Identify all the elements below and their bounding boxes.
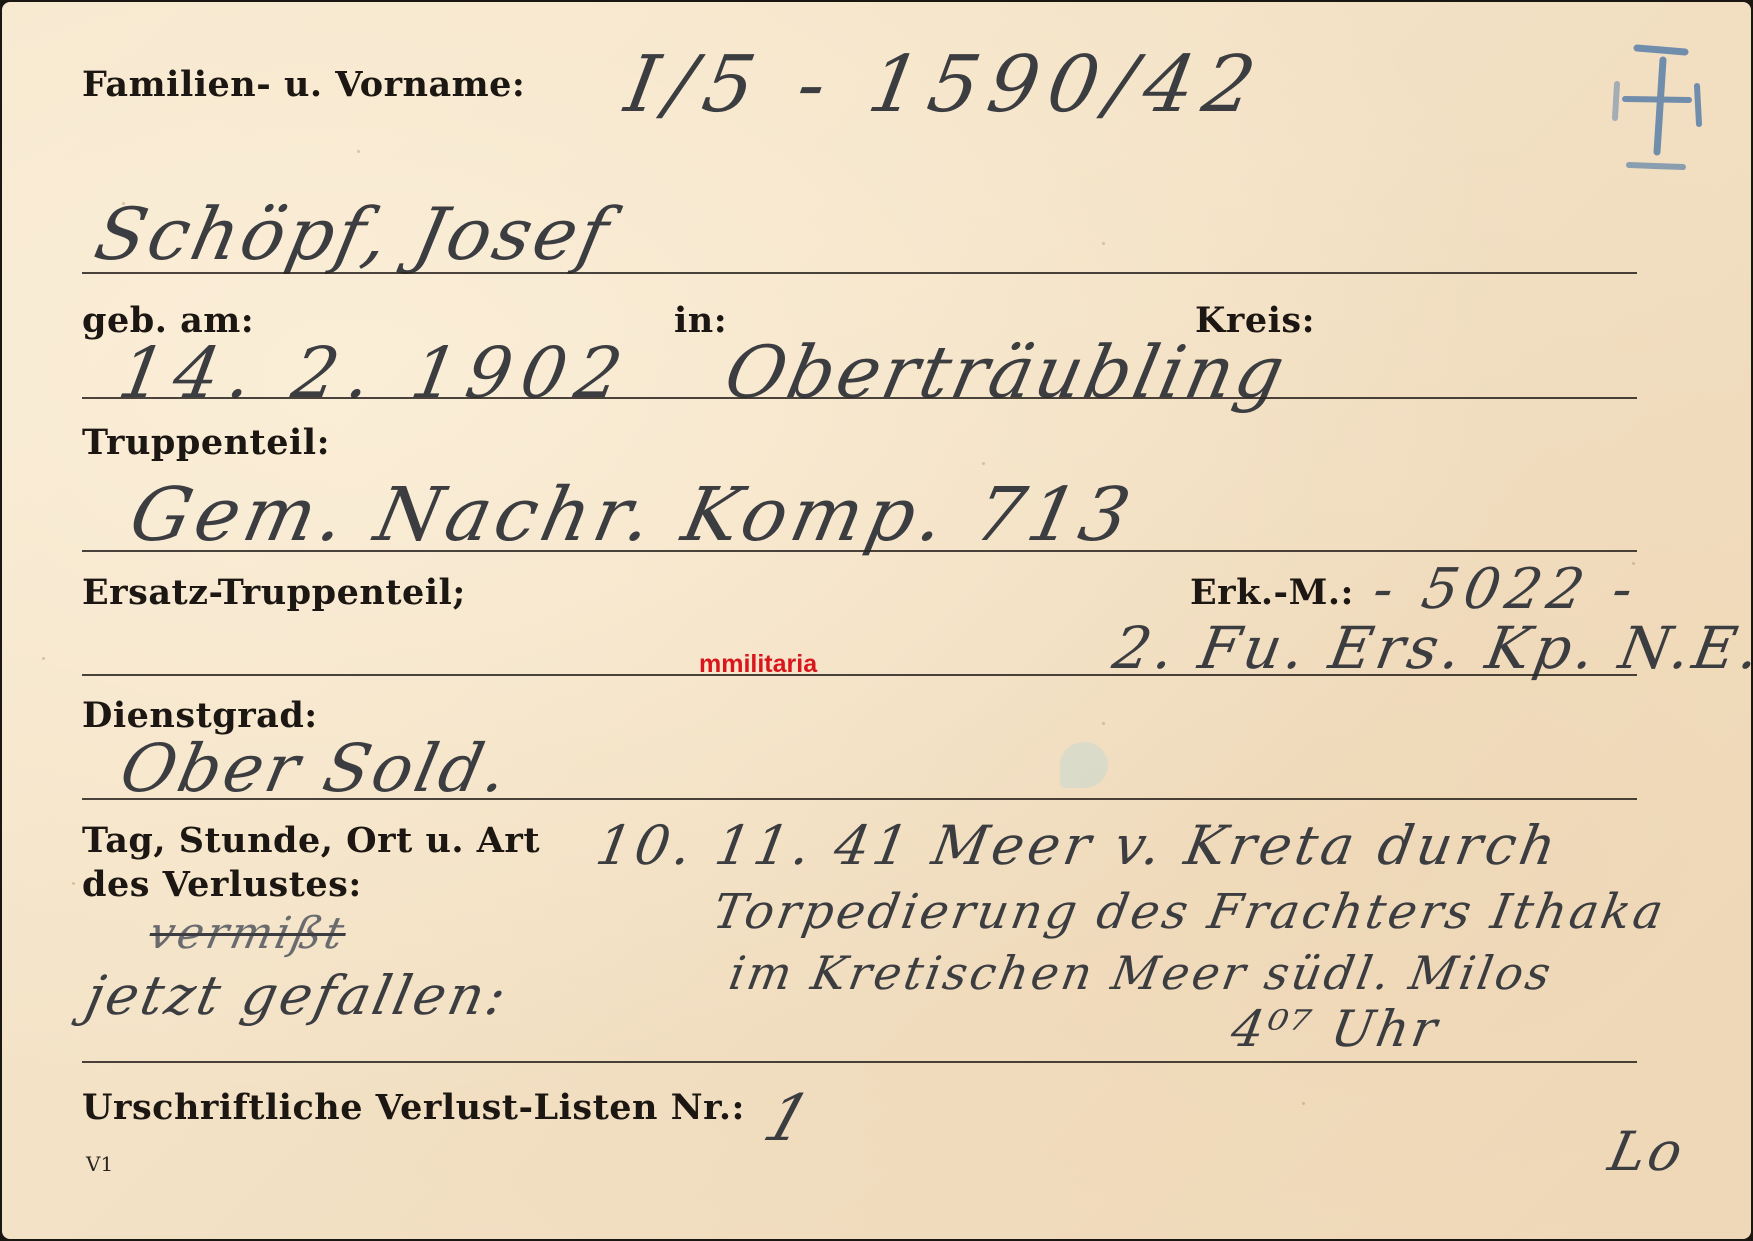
loss-list-value: 1 <box>755 1082 823 1156</box>
loss-details-line-2: Torpedierung des Frachters Ithaka <box>709 884 1670 940</box>
loss-details-line-1: 10. 11. 41 Meer v. Kreta durch <box>591 814 1564 877</box>
rank-value: Ober Sold. <box>114 730 518 807</box>
birth-place-value: Oberträubling <box>718 330 1294 414</box>
casualty-index-card: I/5 - 1590/42 Familien- u. Vorname: Schö… <box>2 2 1751 1239</box>
paper-speck <box>982 462 985 465</box>
unit-label: Truppenteil: <box>82 422 330 463</box>
birth-date-value: 14. 2. 1902 <box>113 332 638 414</box>
loss-details-label-1: Tag, Stunde, Ort u. Art <box>82 820 540 861</box>
loss-list-label: Urschriftliche Verlust-Listen Nr.: <box>82 1087 745 1128</box>
loss-details-rule <box>82 1061 1637 1063</box>
paper-speck <box>1102 722 1105 725</box>
paper-speck <box>1302 1102 1305 1105</box>
name-rule <box>82 272 1637 274</box>
paper-speck <box>1102 242 1105 245</box>
loss-details-label-2: des Verlustes: <box>82 864 362 905</box>
name-label: Familien- u. Vorname: <box>82 64 525 105</box>
paper-speck <box>72 882 75 885</box>
unit-value: Gem. Nachr. Komp. 713 <box>123 472 1142 558</box>
blue-cross-mark-icon <box>1607 42 1707 177</box>
struck-status: vermißt <box>145 908 352 959</box>
replacement-unit-label: Ersatz-Truppenteil; <box>82 572 466 613</box>
recognition-mark-label: Erk.-M.: <box>1190 572 1354 613</box>
birth-place-label: in: <box>674 300 727 341</box>
rank-rule <box>82 798 1637 800</box>
unit-rule <box>82 550 1637 552</box>
current-status: jetzt gefallen: <box>80 964 514 1027</box>
replacement-rule <box>82 674 1637 676</box>
paper-speck <box>357 150 360 153</box>
name-value: Schöpf, Josef <box>88 192 619 276</box>
form-code: V1 <box>86 1152 113 1176</box>
recognition-mark-value: - 5022 - <box>1368 557 1643 622</box>
paper-speck <box>42 657 45 660</box>
paper-stain <box>1060 742 1108 788</box>
clerk-initials: Lo <box>1603 1120 1691 1183</box>
replacement-unit-line: 2. Fu. Ers. Kp. N.E.A 19 <box>1108 614 1751 682</box>
loss-details-line-3: im Kretischen Meer südl. Milos <box>725 946 1557 1000</box>
reference-number: I/5 - 1590/42 <box>619 40 1272 130</box>
birth-rule <box>82 397 1637 399</box>
loss-time: 4⁰⁷ Uhr <box>1227 1000 1444 1058</box>
